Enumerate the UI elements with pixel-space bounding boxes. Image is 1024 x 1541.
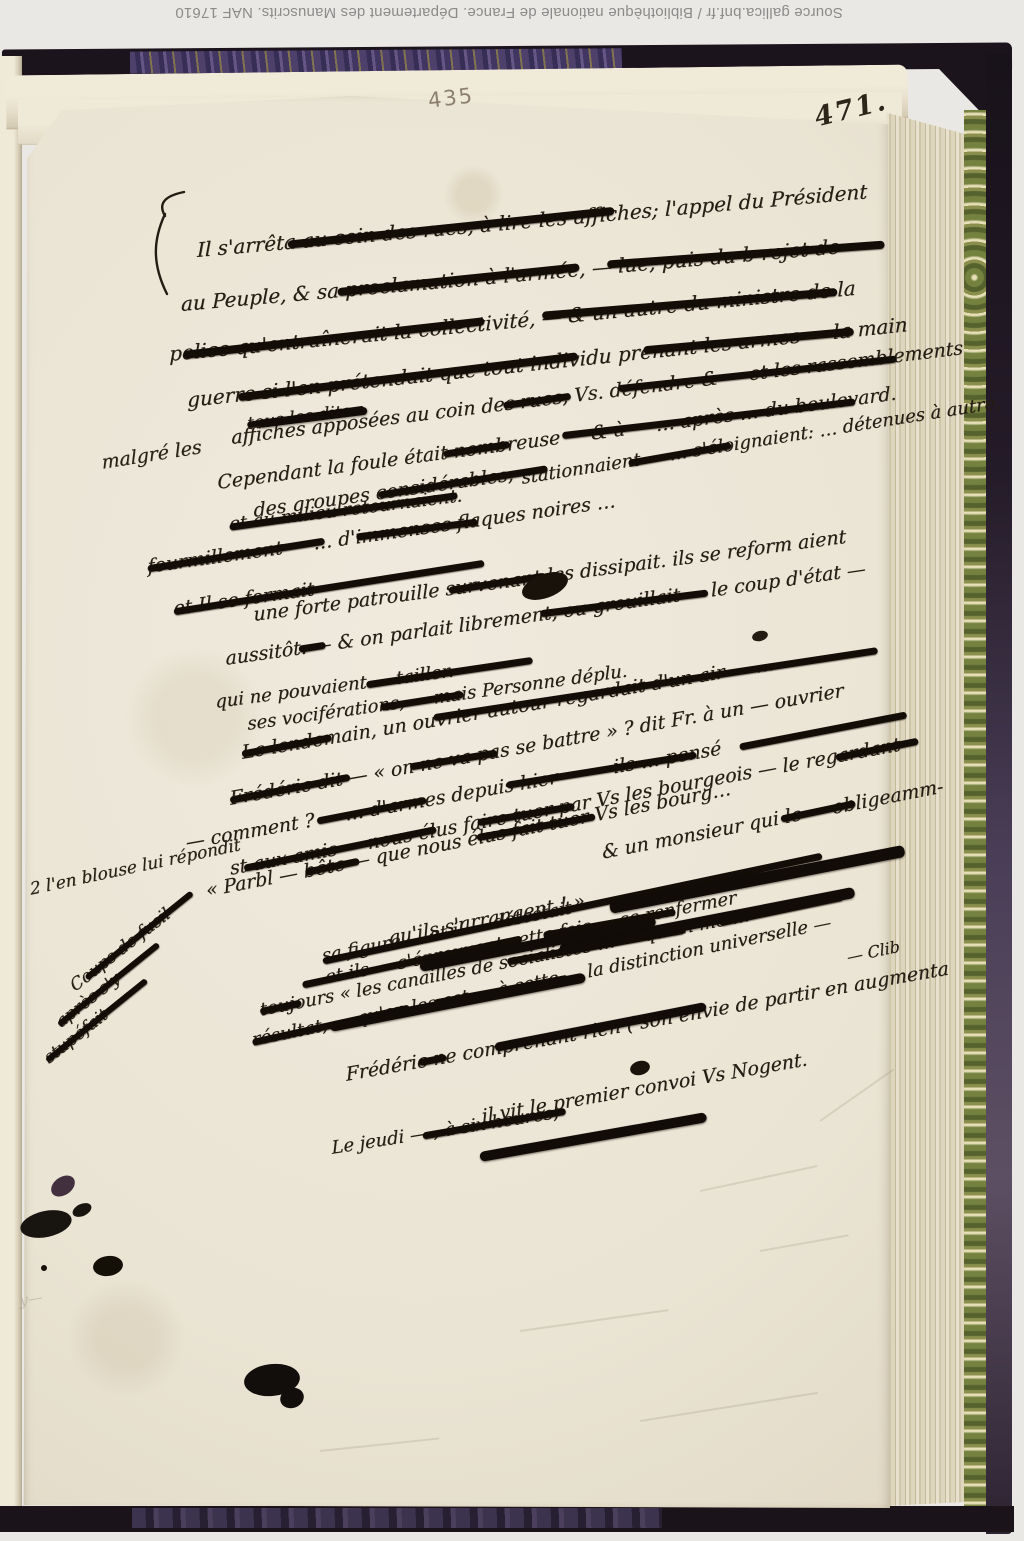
ink-blot	[18, 1206, 74, 1242]
ink-blot	[47, 1171, 79, 1201]
ink-blot	[92, 1254, 124, 1278]
ink-blot	[70, 1200, 93, 1219]
show-through-mark	[819, 1069, 894, 1122]
handwritten-text: malgré les	[101, 436, 202, 474]
ink-blot	[751, 629, 769, 643]
show-through-mark	[520, 1309, 669, 1332]
ink-blot	[41, 1265, 47, 1271]
gallica-manuscript-scan: Source gallica.bnf.fr / Bibliothèque nat…	[0, 0, 1024, 1541]
show-through-mark	[700, 1165, 818, 1192]
handwritten-text: y—	[19, 1288, 44, 1310]
handwritten-text: — Clib	[846, 937, 901, 967]
ink-blot	[629, 1059, 652, 1078]
show-through-mark	[320, 1437, 440, 1452]
margin-note: malgré les	[100, 434, 220, 474]
manuscript-line: y—	[18, 1282, 80, 1310]
manuscript-line: Le jeudi — , à six heures,	[330, 1086, 659, 1158]
show-through-mark	[640, 1392, 818, 1422]
handwriting-layer: Il s'arrêta au coin des rues, à lire les…	[0, 0, 1024, 1541]
show-through-mark	[760, 1234, 849, 1252]
